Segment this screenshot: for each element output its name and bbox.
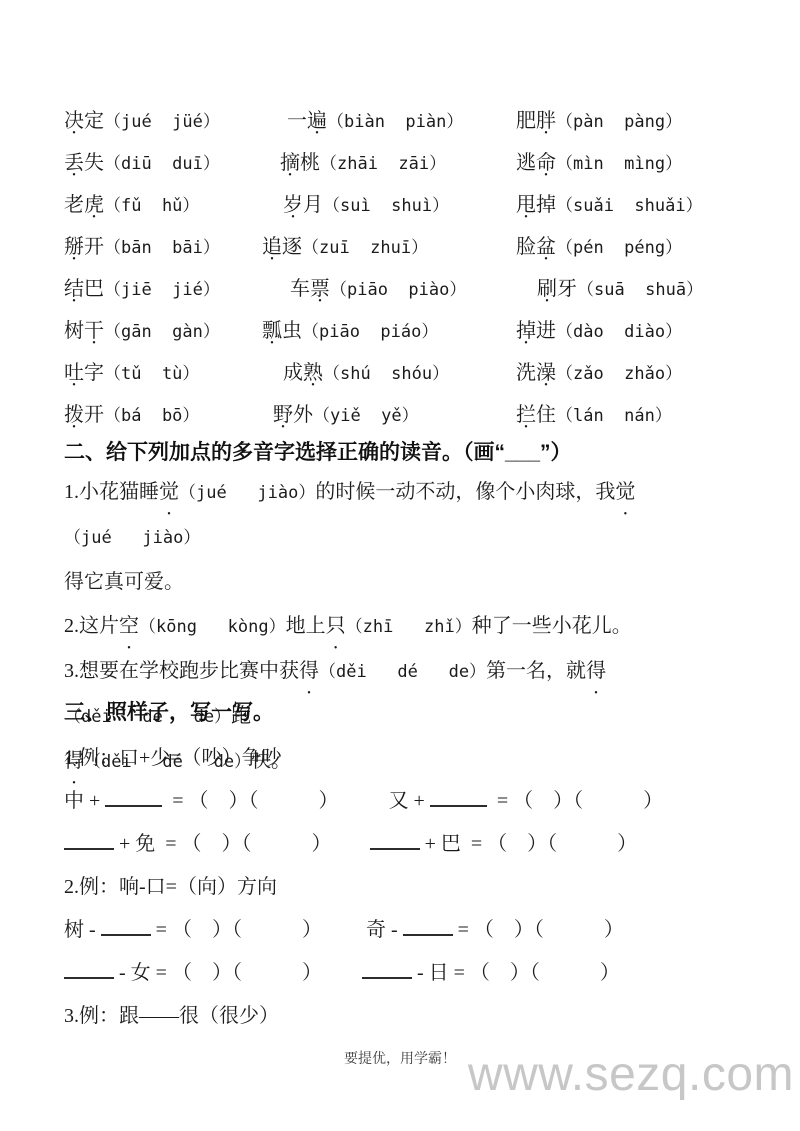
word-char: 逐 <box>282 236 302 258</box>
word-row: 决定（jué jüé）一遍（biàn piàn）肥胖（pàn pàng） <box>64 97 770 139</box>
dotted-char: 遍 <box>307 104 327 133</box>
dotted-char: 命 <box>536 146 556 175</box>
sentence-text: 1.小花猫睡 <box>64 481 159 503</box>
formula-text: - 女 = （ ）（ ） <box>114 956 322 985</box>
word-row: 吐字（tǔ tù）成熟（shú shóu）洗澡（zǎo zhǎo） <box>64 349 770 391</box>
word-entry: 追逐（zuī zhuī） <box>262 230 516 259</box>
formula-text: + 免 = （ ）（ ） <box>114 827 332 856</box>
word-char: 字 <box>84 362 104 384</box>
formula-text: + 巴 = （ ）（ ） <box>420 827 638 856</box>
dotted-char: 觉 <box>159 470 179 514</box>
pinyin-options: （bá bō） <box>104 406 199 426</box>
word-entry: 洗澡（zǎo zhǎo） <box>516 356 770 385</box>
dotted-char: 干 <box>84 314 104 343</box>
formula-text: 2.例：响-口=（向）方向 <box>64 870 277 899</box>
dotted-char: 甩 <box>516 188 536 217</box>
word-char: 外 <box>293 404 313 426</box>
section3-heading: 三、照样子，写一写。 <box>64 686 756 729</box>
word-entry: 野外（yiě yě） <box>262 398 516 427</box>
fill-blank <box>64 831 114 850</box>
dotted-char: 只 <box>326 604 346 648</box>
dotted-char: 掰 <box>64 230 84 259</box>
pinyin-options: （gān gàn） <box>104 322 220 342</box>
dotted-char: 摘 <box>280 146 300 175</box>
word-pinyin-grid: 决定（jué jüé）一遍（biàn piàn）肥胖（pàn pàng）丢失（d… <box>64 97 770 433</box>
dotted-char: 追 <box>262 230 282 259</box>
dotted-char: 野 <box>273 398 293 427</box>
dotted-char: 岁 <box>283 188 303 217</box>
spacer <box>322 935 366 936</box>
word-entry: 树干（gān gàn） <box>64 314 262 343</box>
pinyin-options: （dào diào） <box>556 322 682 342</box>
pinyin-options: （piāo piáo） <box>302 322 438 342</box>
word-char: 肥 <box>516 110 536 132</box>
word-entry: 拨开（bá bō） <box>64 398 262 427</box>
spacer <box>322 978 362 979</box>
pinyin-options: （zhāi zāi） <box>320 154 446 174</box>
pinyin-options: （fǔ hǔ） <box>104 196 199 216</box>
example-line: 3.例：跟——很（很少） <box>64 987 756 1030</box>
sentence-text: 的时候一动不动，像个小肉球，我 <box>315 481 615 503</box>
pinyin-options: （jué jiào） <box>64 528 200 548</box>
example-line: 1.例：口+少=（吵）争吵 <box>64 729 756 772</box>
sentence-text: 3.想要在学校跑步比赛中获 <box>64 660 299 682</box>
dotted-char: 票 <box>310 272 330 301</box>
formula-text: = （ ）（ ） <box>453 913 624 942</box>
dotted-char: 虎 <box>84 188 104 217</box>
word-entry: 老虎（fǔ hǔ） <box>64 188 262 217</box>
word-row: 丢失（diū duī）摘桃（zhāi zāi）逃命（mìn mìng） <box>64 139 770 181</box>
formula-line: 中 + = （ ）（ ）又 + = （ ）（ ） <box>64 772 756 815</box>
word-char: 失 <box>84 152 104 174</box>
pinyin-options: （suì shuì） <box>323 196 449 216</box>
formula-line: + 免 = （ ）（ ） + 巴 = （ ）（ ） <box>64 815 756 858</box>
word-char: 掉 <box>536 194 556 216</box>
pinyin-options: （zǎo zhǎo） <box>556 364 682 384</box>
dotted-char: 丢 <box>64 146 84 175</box>
word-row: 拨开（bá bō）野外（yiě yě）拦住（lán nán） <box>64 391 770 433</box>
word-char: 开 <box>84 404 104 426</box>
word-char: 牙 <box>557 278 577 300</box>
pinyin-options: （zuī zhuī） <box>302 238 428 258</box>
sentence-text: 2.这片 <box>64 615 119 637</box>
sentence: 1.小花猫睡觉（jué jiào）的时候一动不动，像个小肉球，我觉（jué ji… <box>64 470 746 604</box>
formula-text: 3.例：跟——很（很少） <box>64 999 279 1028</box>
fill-blank <box>101 917 151 936</box>
section2-heading: 二、给下列加点的多音字选择正确的读音。（画“___”） <box>64 436 572 466</box>
pinyin-options: （suǎi shuǎi） <box>556 196 703 216</box>
pinyin-options: （pén péng） <box>556 238 682 258</box>
pinyin-options: （diū duī） <box>104 154 220 174</box>
word-row: 老虎（fǔ hǔ）岁月（suì shuì）甩掉（suǎi shuǎi） <box>64 181 770 223</box>
word-char: 定 <box>84 110 104 132</box>
word-row: 结巴（jiē jié）车票（piāo piào）刷牙（suā shuā） <box>64 265 770 307</box>
word-entry: 结巴（jiē jié） <box>64 272 262 301</box>
pinyin-options: （lán nán） <box>556 406 672 426</box>
word-char: 逃 <box>516 152 536 174</box>
word-char: 巴 <box>84 278 104 300</box>
pinyin-options: （piāo piào） <box>330 280 466 300</box>
word-char: 虫 <box>282 320 302 342</box>
pinyin-options: （suā shuā） <box>577 280 703 300</box>
word-entry: 刷牙（suā shuā） <box>516 272 770 301</box>
pinyin-options: （tǔ tù） <box>104 364 199 384</box>
word-entry: 拦住（lán nán） <box>516 398 770 427</box>
word-entry: 决定（jué jüé） <box>64 104 262 133</box>
formula-text: = （ ）（ ） <box>487 784 663 813</box>
word-char: 桃 <box>300 152 320 174</box>
fill-blank <box>362 960 412 979</box>
pinyin-options: （děi dé de） <box>319 662 486 682</box>
formula-text: 1.例：口+少=（吵）争吵 <box>64 741 282 770</box>
worksheet-page: 决定（jué jüé）一遍（biàn piàn）肥胖（pàn pàng）丢失（d… <box>0 0 800 1131</box>
word-entry: 掉进（dào diào） <box>516 314 770 343</box>
pinyin-options: （shú shóu） <box>323 364 449 384</box>
dotted-char: 决 <box>64 104 84 133</box>
formula-text: 中 + <box>64 784 105 813</box>
sentence-text: 第一名，就 <box>486 660 586 682</box>
fill-blank <box>105 788 162 807</box>
sentence-text: 地上 <box>286 615 326 637</box>
formula-line: - 女 = （ ）（ ） - 日 = （ ）（ ） <box>64 944 756 987</box>
word-row: 掰开（bān bāi）追逐（zuī zhuī）脸盆（pén péng） <box>64 223 770 265</box>
word-char: 脸 <box>516 236 536 258</box>
word-entry: 岁月（suì shuì） <box>262 188 516 217</box>
dotted-char: 觉 <box>615 470 635 514</box>
word-entry: 掰开（bān bāi） <box>64 230 262 259</box>
pinyin-options: （mìn mìng） <box>556 154 682 174</box>
word-entry: 瓢虫（piāo piáo） <box>262 314 516 343</box>
dotted-char: 结 <box>64 272 84 301</box>
dotted-char: 熟 <box>303 356 323 385</box>
section3: 三、照样子，写一写。 1.例：口+少=（吵）争吵中 + = （ ）（ ）又 + … <box>64 686 756 1030</box>
sentence: 2.这片空（kōng kòng）地上只（zhī zhǐ）种了一些小花儿。 <box>64 604 746 649</box>
word-char: 洗 <box>516 362 536 384</box>
word-entry: 甩掉（suǎi shuǎi） <box>516 188 770 217</box>
word-entry: 一遍（biàn piàn） <box>262 104 516 133</box>
dotted-char: 澡 <box>536 356 556 385</box>
dotted-char: 刷 <box>537 272 557 301</box>
spacer <box>332 849 370 850</box>
word-entry: 脸盆（pén péng） <box>516 230 770 259</box>
spacer <box>339 806 389 807</box>
word-char: 进 <box>536 320 556 342</box>
dotted-char: 胖 <box>536 104 556 133</box>
watermark-text: www.sezq.com <box>468 1051 794 1099</box>
word-entry: 肥胖（pàn pàng） <box>516 104 770 133</box>
formula-text: 又 + <box>389 784 430 813</box>
dotted-char: 瓢 <box>262 314 282 343</box>
formula-text: 树 - <box>64 913 101 942</box>
dotted-char: 掉 <box>516 314 536 343</box>
pinyin-options: （jiē jié） <box>104 280 220 300</box>
word-char: 老 <box>64 194 84 216</box>
word-entry: 摘桃（zhāi zāi） <box>262 146 516 175</box>
pinyin-options: （zhī zhǐ） <box>346 617 472 637</box>
formula-text: = （ ）（ ） <box>151 913 322 942</box>
word-char: 一 <box>287 110 307 132</box>
word-entry: 逃命（mìn mìng） <box>516 146 770 175</box>
pinyin-options: （biàn piàn） <box>327 112 463 132</box>
fill-blank <box>64 960 114 979</box>
pinyin-options: （pàn pàng） <box>556 112 682 132</box>
formula-text: 奇 - <box>366 913 403 942</box>
word-char: 车 <box>290 278 310 300</box>
example-line: 2.例：响-口=（向）方向 <box>64 858 756 901</box>
dotted-char: 拨 <box>64 398 84 427</box>
word-row: 树干（gān gàn）瓢虫（piāo piáo）掉进（dào diào） <box>64 307 770 349</box>
dotted-char: 吐 <box>64 356 84 385</box>
pinyin-options: （kōng kòng） <box>139 617 286 637</box>
word-entry: 车票（piāo piào） <box>262 272 516 301</box>
pinyin-options: （jué jiào） <box>179 483 315 503</box>
dotted-char: 盆 <box>536 230 556 259</box>
pinyin-options: （bān bāi） <box>104 238 220 258</box>
pinyin-options: （yiě yě） <box>313 406 419 426</box>
formula-text: - 日 = （ ）（ ） <box>412 956 620 985</box>
formula-line: 树 - = （ ）（ ）奇 - = （ ）（ ） <box>64 901 756 944</box>
word-entry: 丢失（diū duī） <box>64 146 262 175</box>
formula-text: = （ ）（ ） <box>162 784 338 813</box>
word-char: 树 <box>64 320 84 342</box>
word-entry: 吐字（tǔ tù） <box>64 356 262 385</box>
word-char: 月 <box>303 194 323 216</box>
sentence-text: 得它真可爱。 <box>64 571 184 593</box>
word-char: 开 <box>84 236 104 258</box>
pinyin-options: （jué jüé） <box>104 112 220 132</box>
word-char: 住 <box>536 404 556 426</box>
dotted-char: 空 <box>119 604 139 648</box>
sentence-text: 种了一些小花儿。 <box>472 615 632 637</box>
dotted-char: 拦 <box>516 398 536 427</box>
fill-blank <box>430 788 487 807</box>
fill-blank <box>403 917 453 936</box>
word-entry: 成熟（shú shóu） <box>262 356 516 385</box>
fill-blank <box>370 831 420 850</box>
word-char: 成 <box>283 362 303 384</box>
